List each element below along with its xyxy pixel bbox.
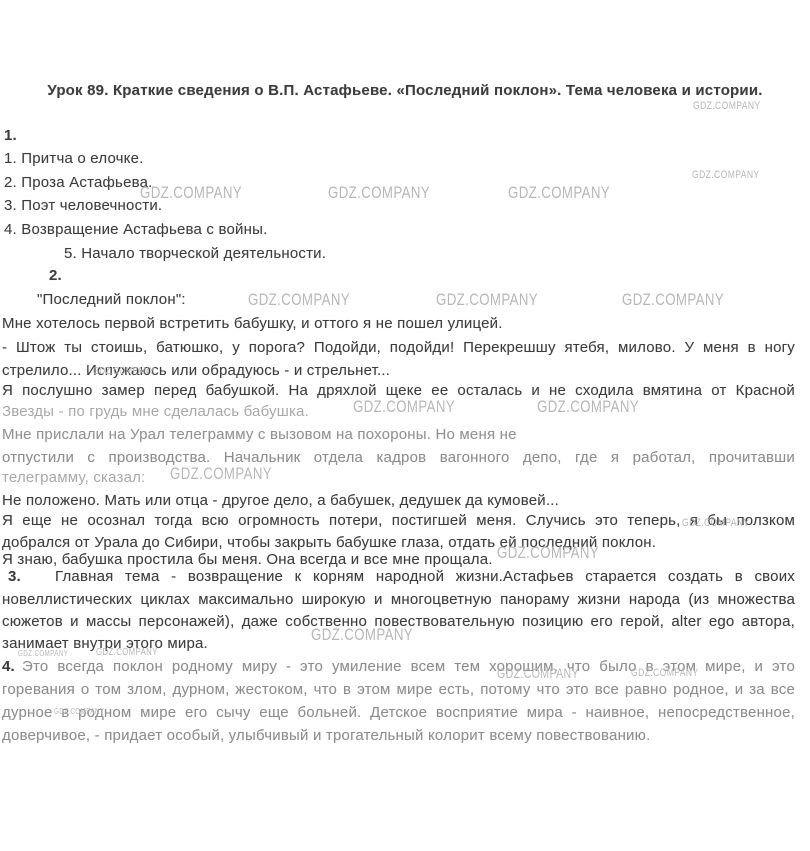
watermark: GDZ.COMPANY bbox=[497, 543, 599, 563]
watermark: GDZ.COMPANY bbox=[693, 100, 761, 112]
watermark: GDZ.COMPANY bbox=[692, 169, 760, 181]
watermark: GDZ.COMPANY bbox=[248, 290, 350, 310]
watermark: GDZ.COMPANY bbox=[54, 707, 104, 716]
section-4-number: 4. bbox=[2, 658, 15, 675]
section-1-number: 1. bbox=[4, 127, 17, 144]
watermark: GDZ.COMPANY bbox=[93, 366, 155, 377]
text-line: 3. Поэт человечности. bbox=[4, 197, 162, 214]
watermark: GDZ.COMPANY bbox=[497, 666, 579, 681]
text-line: 4. Возвращение Астафьева с войны. bbox=[4, 221, 267, 238]
text-line: доверчивое, - придает особый, улыбчивый … bbox=[2, 727, 650, 744]
watermark: GDZ.COMPANY bbox=[682, 517, 750, 529]
watermark: GDZ.COMPANY bbox=[140, 183, 242, 203]
text-line: - Штож ты стоишь, батюшко, у порога? Под… bbox=[2, 339, 795, 356]
watermark: GDZ.COMPANY bbox=[353, 397, 455, 417]
text-line: отпустили с производства. Начальник отде… bbox=[2, 449, 795, 466]
watermark: GDZ.COMPANY bbox=[508, 183, 610, 203]
section-2-number: 2. bbox=[49, 267, 62, 284]
watermark: GDZ.COMPANY bbox=[18, 649, 68, 658]
lesson-title: Урок 89. Краткие сведения о В.П. Астафье… bbox=[0, 82, 810, 99]
text-line: Мне прислали на Урал телеграмму с вызово… bbox=[2, 426, 517, 443]
watermark: GDZ.COMPANY bbox=[170, 464, 272, 484]
watermark: GDZ.COMPANY bbox=[96, 647, 158, 658]
watermark: GDZ.COMPANY bbox=[622, 290, 724, 310]
watermark: GDZ.COMPANY bbox=[328, 183, 430, 203]
section-2-subtitle: "Последний поклон": bbox=[37, 291, 186, 308]
text-line: горевания о том злом, дурном, жестоком, … bbox=[2, 681, 795, 698]
watermark: GDZ.COMPANY bbox=[436, 290, 538, 310]
text-line: телеграмму, сказал: bbox=[2, 469, 145, 486]
text-line: 2. Проза Астафьева. bbox=[4, 174, 153, 191]
text-line: Я еще не осознал тогда всю огромность по… bbox=[2, 512, 795, 529]
text-line: Я знаю, бабушка простила бы меня. Она вс… bbox=[2, 551, 493, 568]
text-line: 5. Начало творческой деятельности. bbox=[64, 245, 326, 262]
text-line: Не положено. Мать или отца - другое дело… bbox=[2, 492, 559, 509]
text-line: дурное в родном мире его сычу еще больне… bbox=[2, 704, 795, 721]
text-line: стрелило... Испужаюсь или обрадуюсь - и … bbox=[2, 362, 390, 379]
watermark: GDZ.COMPANY bbox=[631, 667, 699, 679]
watermark: GDZ.COMPANY bbox=[311, 625, 413, 645]
text-line: Главная тема - возвращение к корням наро… bbox=[55, 568, 795, 585]
document-page: Урок 89. Краткие сведения о В.П. Астафье… bbox=[0, 0, 810, 851]
text-line: новеллистических циклах максимально широ… bbox=[2, 591, 795, 608]
section-3-number: 3. bbox=[8, 568, 21, 585]
text-line: 1. Притча о елочке. bbox=[4, 150, 144, 167]
text-line: Мне хотелось первой встретить бабушку, и… bbox=[2, 315, 503, 332]
text-line: Звезды - по грудь мне сделалась бабушка. bbox=[2, 403, 309, 420]
watermark: GDZ.COMPANY bbox=[537, 397, 639, 417]
